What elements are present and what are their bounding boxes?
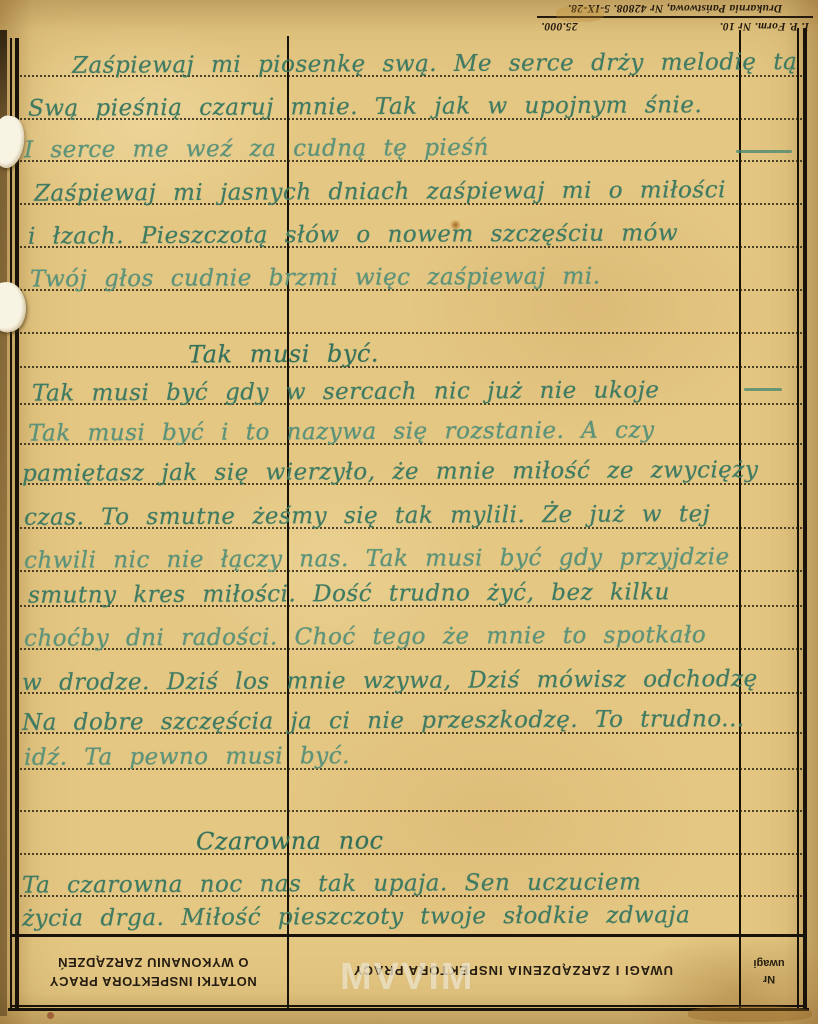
handwritten-line: Zaśpiewaj mi jasnych dniach zaśpiewaj mi… [34, 167, 726, 207]
paper-stain [556, 6, 604, 22]
handwritten-line: i łzach. Pieszczotą słów o nowem szczęśc… [28, 210, 678, 249]
footer-notatki-line1: NOTATKI INSPEKTORA PRACY [49, 971, 256, 990]
right-border-inner-line [797, 28, 799, 1008]
handwritten-line: idź. Ta pewno musi być. [24, 733, 350, 771]
handwritten-line: I serce me weź za cudną tę pieśń [24, 125, 489, 163]
footer-cell-notatki: NOTATKI INSPEKTORA PRACY O WYKONANIU ZAR… [19, 937, 287, 1005]
handwritten-line: w drodze. Dziś los mnie wzywa, Dziś mówi… [22, 656, 758, 696]
right-border-outer-line [803, 28, 807, 1011]
ruled-line [20, 332, 802, 334]
handwritten-line: Zaśpiewaj mi piosenkę swą. Me serce drży… [72, 39, 797, 79]
ruled-line [20, 853, 802, 855]
footer-uwagi: uwagi [753, 955, 784, 972]
paper-stain [688, 1006, 812, 1022]
rust-stain [450, 220, 461, 230]
handwritten-line: smutny kres miłości. Dość trudno żyć, be… [28, 569, 670, 608]
scanned-manuscript-page: I. P. Form. Nr 10. 25.000. Drukarnia Pań… [0, 0, 818, 1024]
handwritten-line: pamiętasz jak się wierzyło, że mnie miło… [22, 447, 759, 487]
page-edge-shadow [0, 30, 7, 1016]
footer-notatki-line2: O WYKONANIU ZARZĄDZEŃ [58, 952, 249, 971]
handwritten-line: Na dobre szczęścia ja ci nie przeszkodzę… [22, 696, 745, 736]
torn-hole [0, 280, 29, 335]
handwritten-line: życia drga. Miłość pieszczoty twoje słod… [22, 892, 691, 931]
notes-column-line [739, 30, 741, 1008]
form-number: I. P. Form. Nr 10. [719, 20, 809, 32]
ink-dash-mark [744, 388, 782, 391]
song-title: Czarowna noc [196, 817, 384, 856]
left-border-outer-line [15, 38, 19, 1008]
ink-dash-mark [736, 150, 792, 153]
paper-stain [47, 1012, 54, 1019]
handwritten-line: czas. To smutne żeśmy się tak mylili. Że… [24, 491, 710, 531]
handwritten-line: Tak musi być i to nazywa się rozstanie. … [28, 407, 655, 446]
footer-nr: Nr [763, 971, 775, 988]
ruled-line [20, 810, 802, 812]
handwritten-line: Tak musi być gdy w sercach nic już nie u… [32, 367, 660, 406]
footer-cell-nr-uwagi: Nr uwagi [739, 937, 799, 1005]
song-title: Tak musi być. [188, 330, 379, 369]
handwritten-line: Twój głos cudnie brzmi więc zaśpiewaj mi… [30, 254, 601, 293]
archive-watermark: MVVIM [340, 956, 475, 999]
handwritten-line: Swą pieśnią czaruj mnie. Tak jak w upojn… [28, 82, 702, 122]
handwritten-line: chwili nic nie łączy nas. Tak musi być g… [24, 534, 730, 574]
handwritten-line: choćby dni radości. Choć tego że mnie to… [24, 612, 706, 652]
left-border-inner-line [10, 38, 12, 1008]
